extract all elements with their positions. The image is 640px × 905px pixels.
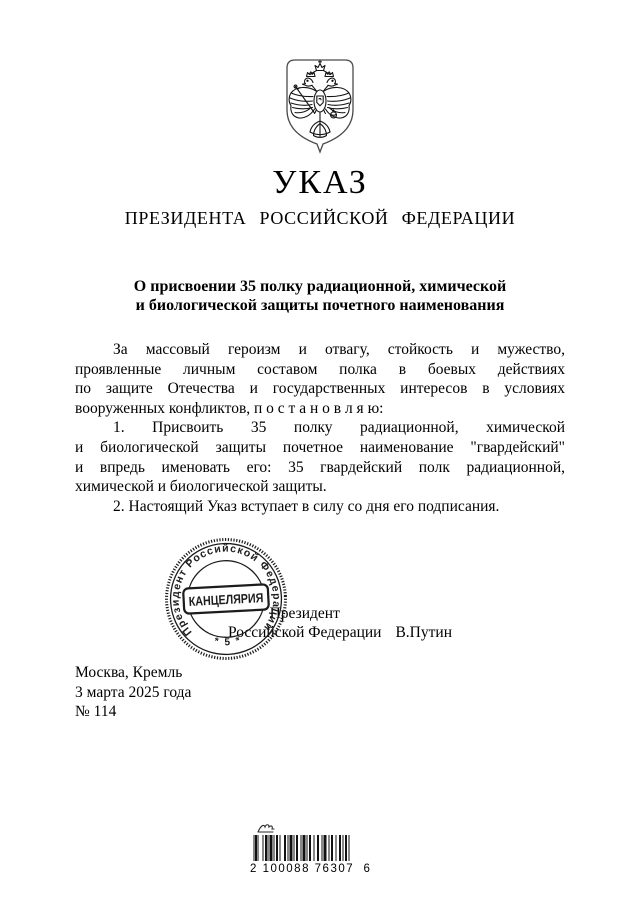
body-line: химической и биологической защиты. bbox=[75, 477, 565, 497]
body-line: и биологической защиты почетное наименов… bbox=[75, 438, 565, 458]
chancellery-round-stamp-icon: Президент Российской Федерации * 5 * КАН… bbox=[162, 535, 290, 663]
body-line: и впредь именовать его: 35 гвардейский п… bbox=[75, 458, 565, 478]
decree-heading-line2: и биологической защиты почетного наимено… bbox=[0, 296, 640, 315]
footer-number: № 114 bbox=[75, 702, 191, 722]
decree-body: За массовый героизм и отвагу, стойкость … bbox=[75, 340, 565, 516]
signature-block: Президент Российской Федерации В.Путин bbox=[228, 604, 452, 642]
decree-heading: О присвоении 35 полку радиационной, хими… bbox=[0, 277, 640, 315]
decree-subtitle: ПРЕЗИДЕНТА РОССИЙСКОЙ ФЕДЕРАЦИИ bbox=[0, 208, 640, 229]
decree-footer: Москва, Кремль 3 марта 2025 года № 114 bbox=[75, 663, 191, 722]
body-line: проявленные личным составом полка в боев… bbox=[75, 360, 565, 380]
footer-place: Москва, Кремль bbox=[75, 663, 191, 683]
signer-title: Президент Российской Федерации bbox=[228, 604, 381, 642]
body-line: по защите Отечества и государственных ин… bbox=[75, 379, 565, 399]
body-line: вооруженных конфликтов, п о с т а н о в … bbox=[75, 399, 565, 419]
signer-name: В.Путин bbox=[395, 623, 452, 642]
barcode-digits: 2 100088 76307 6 bbox=[250, 863, 370, 875]
footer-date: 3 марта 2025 года bbox=[75, 683, 191, 703]
decree-title: УКАЗ bbox=[0, 164, 640, 202]
signer-title-line1: Президент bbox=[228, 604, 381, 623]
russian-coat-of-arms-icon bbox=[280, 55, 360, 158]
decree-heading-line1: О присвоении 35 полку радиационной, хими… bbox=[0, 277, 640, 296]
body-line: 2. Настоящий Указ вступает в силу со дня… bbox=[75, 497, 565, 517]
body-line: 1. Присвоить 35 полку радиационной, хими… bbox=[75, 418, 565, 438]
paraph-mark-icon bbox=[256, 822, 280, 835]
signer-title-line2: Российской Федерации bbox=[228, 623, 381, 642]
body-line: За массовый героизм и отвагу, стойкость … bbox=[75, 340, 565, 360]
ean13-barcode-icon bbox=[253, 835, 350, 861]
decree-document-page: УКАЗ ПРЕЗИДЕНТА РОССИЙСКОЙ ФЕДЕРАЦИИ О п… bbox=[0, 0, 640, 905]
